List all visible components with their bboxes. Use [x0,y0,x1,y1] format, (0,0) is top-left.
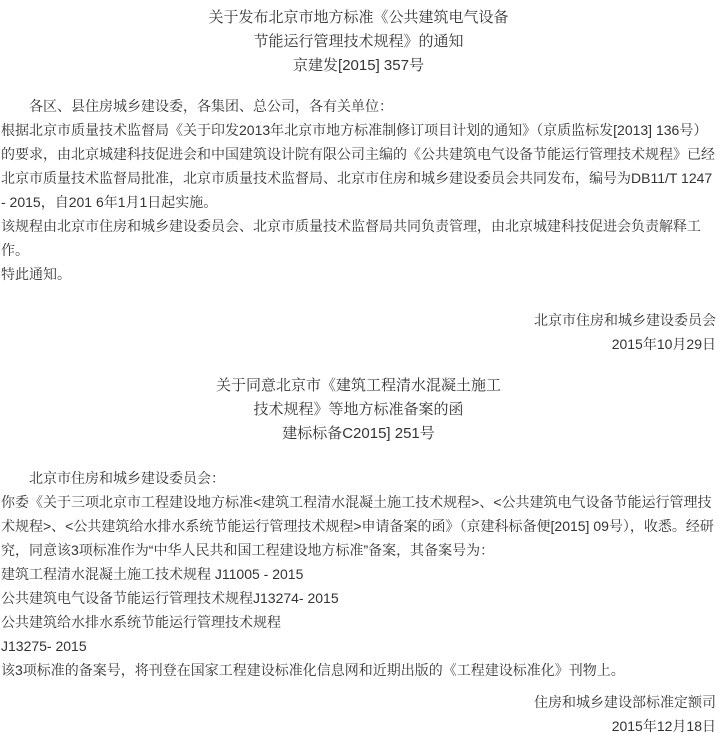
notice2-title-line2: 技术规程》等地方标准备案的函 [1,398,716,422]
notice-1: 关于发布北京市地方标准《公共建筑电气设备 节能运行管理技术规程》的通知 京建发[… [1,6,716,356]
notice2-closing: 该3项标准的备案号，将刊登在国家工程建设标准化信息网和近期出版的《工程建设标准化… [1,658,716,682]
notice1-paragraph-3: 特此通知。 [1,262,716,286]
notice2-salutation: 北京市住房和城乡建设委员会： [1,466,716,490]
notice-2: 关于同意北京市《建筑工程清水混凝土施工 技术规程》等地方标准备案的函 建标标备C… [1,374,716,733]
document-page: 关于发布北京市地方标准《公共建筑电气设备 节能运行管理技术规程》的通知 京建发[… [0,0,719,733]
notice1-date: 2015年10月29日 [1,332,716,356]
notice2-signature: 住房和城乡建设部标准定额司 [1,690,716,714]
notice2-signoff: 住房和城乡建设部标准定额司 2015年12月18日 [1,690,716,733]
notice2-date: 2015年12月18日 [1,714,716,733]
notice1-paragraph-2: 该规程由北京市住房和城乡建设委员会、北京市质量技术监督局共同负责管理，由北京城建… [1,214,716,262]
standard-line: 建筑工程清水混凝土施工技术规程 J11005 - 2015 [1,562,716,586]
notice1-title: 关于发布北京市地方标准《公共建筑电气设备 节能运行管理技术规程》的通知 京建发[… [1,6,716,78]
notice1-title-line2: 节能运行管理技术规程》的通知 [1,30,716,54]
notice2-title-line1: 关于同意北京市《建筑工程清水混凝土施工 [1,374,716,398]
notice1-signoff: 北京市住房和城乡建设委员会 2015年10月29日 [1,308,716,356]
notice1-doc-number: 京建发[2015] 357号 [1,54,716,78]
notice2-title: 关于同意北京市《建筑工程清水混凝土施工 技术规程》等地方标准备案的函 建标标备C… [1,374,716,446]
notice2-standards-list: 建筑工程清水混凝土施工技术规程 J11005 - 2015 公共建筑电气设备节能… [1,562,716,658]
standard-line: 公共建筑给水排水系统节能运行管理技术规程 [1,610,716,634]
standard-line: J13275- 2015 [1,634,716,658]
notice1-title-line1: 关于发布北京市地方标准《公共建筑电气设备 [1,6,716,30]
notice2-doc-number: 建标标备C2015] 251号 [1,422,716,446]
notice1-signature: 北京市住房和城乡建设委员会 [1,308,716,332]
notice1-salutation: 各区、县住房城乡建设委，各集团、总公司，各有关单位： [1,94,716,118]
notice1-paragraph-1: 根据北京市质量技术监督局《关于印发2013年北京市地方标准制修订项目计划的通知》… [1,118,716,214]
notice2-body: 你委《关于三项北京市工程建设地方标准<建筑工程清水混凝土施工技术规程>、<公共建… [1,490,716,562]
standard-line: 公共建筑电气设备节能运行管理技术规程J13274- 2015 [1,586,716,610]
